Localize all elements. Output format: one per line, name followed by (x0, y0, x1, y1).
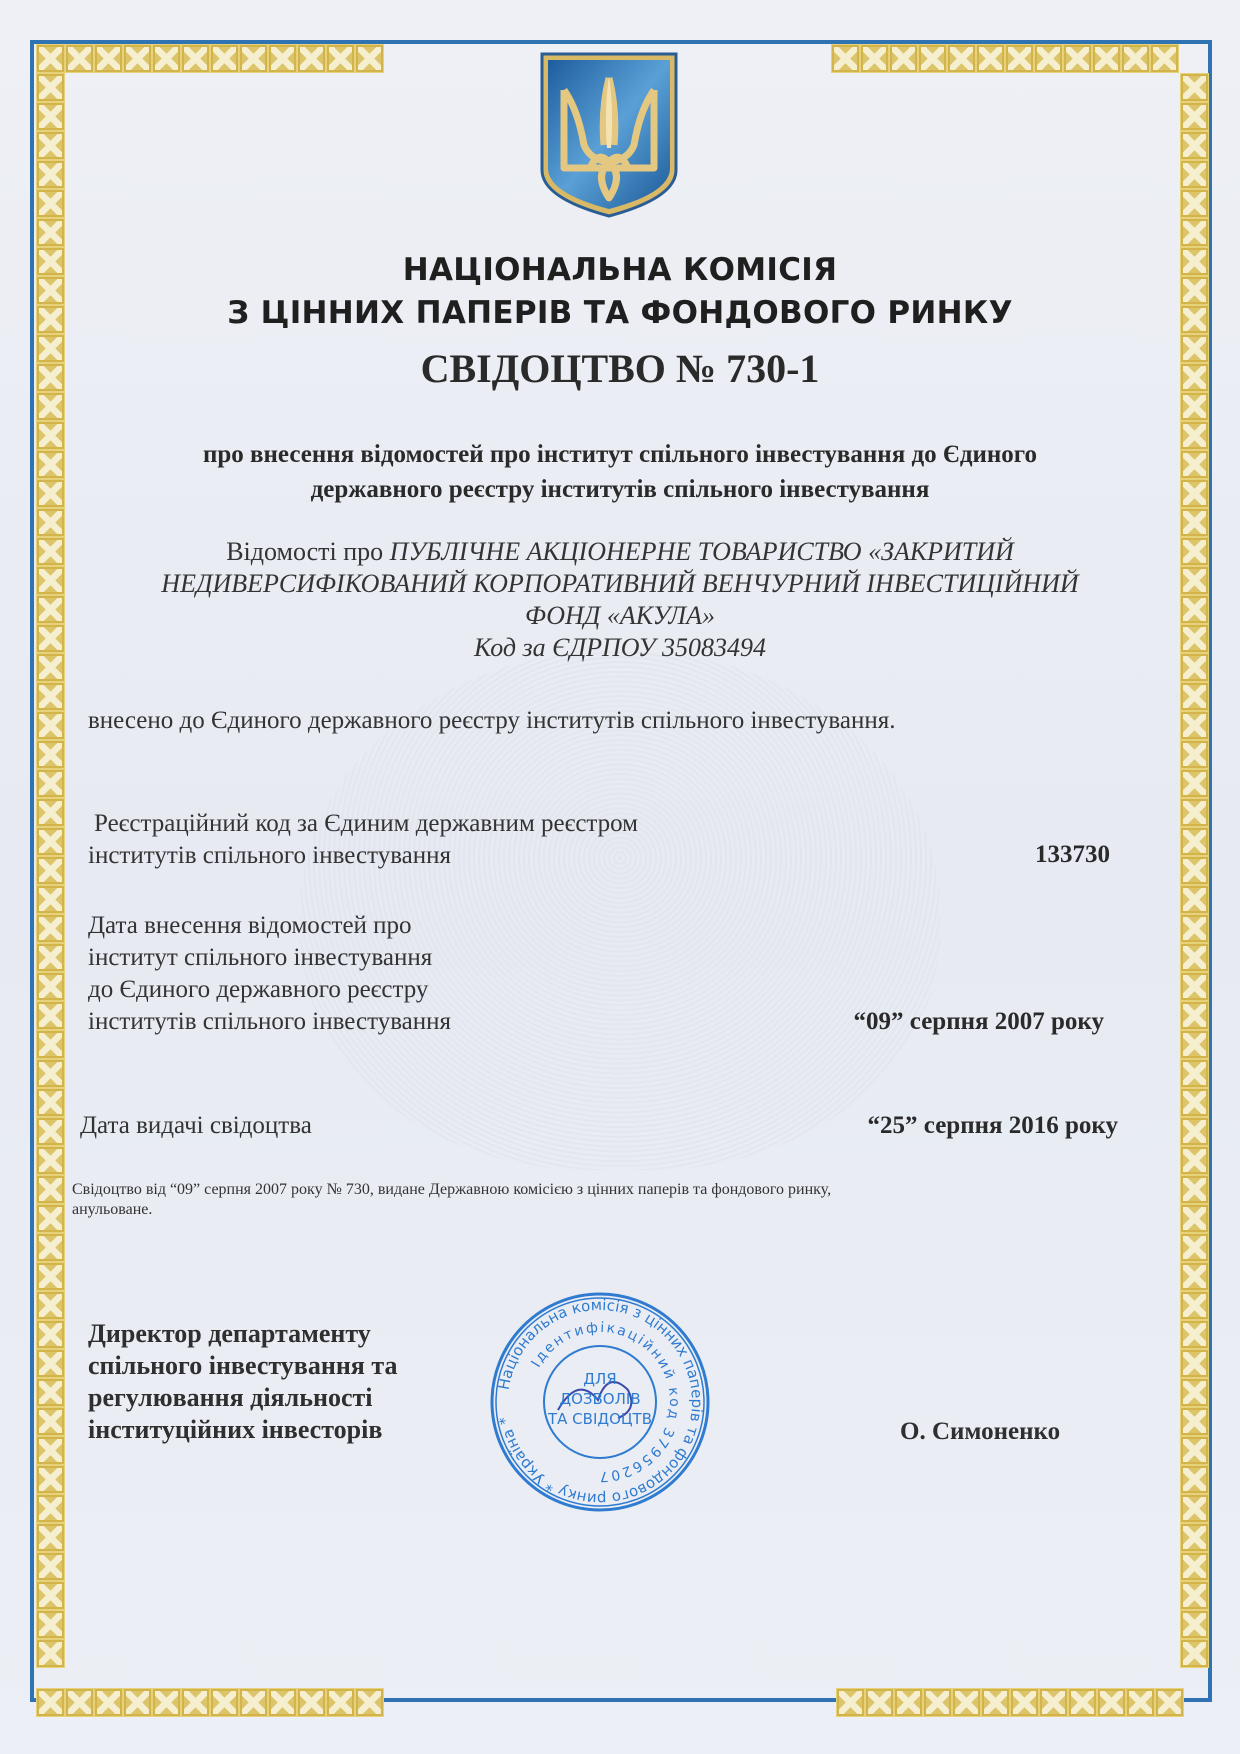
knot-ornament-icon (1156, 1689, 1183, 1716)
knot-ornament-icon (1181, 1031, 1208, 1058)
knot-ornament-icon (1181, 596, 1208, 623)
knot-ornament-icon (182, 45, 209, 72)
subtitle-line2: державного реєстру інститутів спільного … (100, 472, 1140, 507)
knot-ornament-icon (37, 625, 64, 652)
knot-ornament-icon (1035, 45, 1062, 72)
knot-ornament-icon (298, 1689, 325, 1716)
knot-ornament-icon (1181, 799, 1208, 826)
knot-ornament-icon (1181, 161, 1208, 188)
knot-ornament-icon (37, 828, 64, 855)
knot-ornament-icon (37, 451, 64, 478)
certificate-page: НАЦІОНАЛЬНА КОМІСІЯ З ЦІННИХ ПАПЕРІВ ТА … (0, 0, 1240, 1754)
knot-ornament-icon (1181, 973, 1208, 1000)
knot-ornament-icon (1181, 451, 1208, 478)
knot-ornament-icon (1064, 45, 1091, 72)
knot-ornament-icon (37, 538, 64, 565)
entry-date-label: Дата внесення відомостей про інститут сп… (88, 910, 451, 1038)
knot-ornament-icon (1181, 857, 1208, 884)
knot-ornament-icon (1181, 1408, 1208, 1435)
stamp-center-line1: ДЛЯ (488, 1370, 712, 1388)
knot-ornament-icon (240, 45, 267, 72)
knot-ornament-icon (37, 1321, 64, 1348)
knot-ornament-icon (1181, 509, 1208, 536)
knot-ornament-icon (1181, 1234, 1208, 1261)
knot-ornament-icon (37, 1292, 64, 1319)
knot-ornament-icon (861, 45, 888, 72)
knot-ornament-icon (1181, 712, 1208, 739)
knot-ornament-icon (1122, 45, 1149, 72)
knot-ornament-icon (37, 45, 64, 72)
knot-ornament-icon (1181, 1292, 1208, 1319)
knot-ornament-icon (1181, 1263, 1208, 1290)
knot-ornament-icon (1181, 1089, 1208, 1116)
knot-ornament-icon (1181, 1611, 1208, 1638)
knot-ornament-icon (1098, 1689, 1125, 1716)
knot-ornament-icon (1181, 886, 1208, 913)
knot-ornament-icon (37, 103, 64, 130)
knot-ornament-icon (890, 45, 917, 72)
issuer-name-line1: НАЦІОНАЛЬНА КОМІСІЯ (0, 252, 1240, 288)
knot-ornament-icon (356, 45, 383, 72)
knot-ornament-icon (37, 1089, 64, 1116)
knot-ornament-icon (1181, 190, 1208, 217)
knot-ornament-icon (982, 1689, 1009, 1716)
knot-ornament-icon (327, 45, 354, 72)
knot-ornament-icon (37, 1234, 64, 1261)
knot-ornament-icon (37, 1611, 64, 1638)
knot-ornament-icon (124, 1689, 151, 1716)
knot-ornament-icon (37, 973, 64, 1000)
knot-ornament-icon (37, 1176, 64, 1203)
knot-ornament-icon (37, 1408, 64, 1435)
knot-ornament-icon (1181, 915, 1208, 942)
issuer-name-line2: З ЦІННИХ ПАПЕРІВ ТА ФОНДОВОГО РИНКУ (0, 295, 1240, 331)
knot-ornament-icon (1181, 1379, 1208, 1406)
knot-ornament-icon (1181, 1350, 1208, 1377)
issue-date-label: Дата видачі свідоцтва (80, 1112, 312, 1140)
knot-ornament-icon (37, 1466, 64, 1493)
knot-ornament-icon (1181, 1524, 1208, 1551)
knot-ornament-icon (66, 1689, 93, 1716)
stamp-center-line2: ДОЗВОЛІВ (488, 1390, 712, 1408)
knot-ornament-icon (1181, 741, 1208, 768)
knot-ornament-icon (298, 45, 325, 72)
knot-ornament-icon (919, 45, 946, 72)
knot-ornament-icon (1181, 1118, 1208, 1145)
knot-ornament-icon (37, 567, 64, 594)
knot-ornament-icon (37, 596, 64, 623)
knot-ornament-icon (37, 1350, 64, 1377)
knot-ornament-icon (66, 45, 93, 72)
knot-ornament-icon (37, 1205, 64, 1232)
knot-ornament-icon (924, 1689, 951, 1716)
knot-ornament-icon (1181, 770, 1208, 797)
ornament-border-bottom-right (836, 1688, 1184, 1717)
knot-ornament-icon (1181, 422, 1208, 449)
entity-prefix: Відомості про (226, 537, 389, 566)
registration-code-value: 133730 (900, 841, 1110, 869)
knot-ornament-icon (37, 799, 64, 826)
knot-ornament-icon (1181, 567, 1208, 594)
knot-ornament-icon (948, 45, 975, 72)
knot-ornament-icon (37, 480, 64, 507)
knot-ornament-icon (1181, 1553, 1208, 1580)
knot-ornament-icon (124, 45, 151, 72)
entry-date-value: “09” серпня 2007 року (760, 1008, 1104, 1036)
knot-ornament-icon (1181, 219, 1208, 246)
knot-ornament-icon (37, 712, 64, 739)
knot-ornament-icon (1181, 1640, 1208, 1667)
knot-ornament-icon (37, 1495, 64, 1522)
knot-ornament-icon (37, 944, 64, 971)
knot-ornament-icon (37, 1640, 64, 1667)
knot-ornament-icon (1181, 1002, 1208, 1029)
knot-ornament-icon (837, 1689, 864, 1716)
knot-ornament-icon (1181, 1147, 1208, 1174)
knot-ornament-icon (37, 219, 64, 246)
official-stamp: Національна комісія з цінних паперів та … (488, 1290, 712, 1514)
knot-ornament-icon (182, 1689, 209, 1716)
knot-ornament-icon (1151, 45, 1178, 72)
knot-ornament-icon (37, 190, 64, 217)
knot-ornament-icon (95, 45, 122, 72)
knot-ornament-icon (327, 1689, 354, 1716)
stamp-center-line3: ТА СВІДОЦТВ (488, 1410, 712, 1428)
signatory-name: О. Симоненко (900, 1418, 1060, 1446)
knot-ornament-icon (37, 1002, 64, 1029)
annulment-note: Свідоцтво від “09” серпня 2007 року № 73… (72, 1180, 1152, 1220)
entity-info: Відомості про ПУБЛІЧНЕ АКЦІОНЕРНЕ ТОВАРИ… (80, 536, 1160, 664)
knot-ornament-icon (37, 683, 64, 710)
knot-ornament-icon (37, 857, 64, 884)
knot-ornament-icon (37, 741, 64, 768)
entity-name-line3: ФОНД «АКУЛА» (525, 601, 715, 630)
ornament-border-bottom-left (36, 1688, 384, 1717)
knot-ornament-icon (895, 1689, 922, 1716)
subtitle-line1: про внесення відомостей про інститут спі… (100, 437, 1140, 472)
trident-emblem-icon (538, 50, 680, 220)
entity-name-line2: НЕДИВЕРСИФІКОВАНИЙ КОРПОРАТИВНИЙ ВЕНЧУРН… (161, 569, 1078, 598)
knot-ornament-icon (269, 1689, 296, 1716)
knot-ornament-icon (1181, 1466, 1208, 1493)
entered-statement: внесено до Єдиного державного реєстру ін… (88, 707, 895, 735)
entity-name-line1: ПУБЛІЧНЕ АКЦІОНЕРНЕ ТОВАРИСТВО «ЗАКРИТИЙ (390, 537, 1014, 566)
knot-ornament-icon (37, 509, 64, 536)
knot-ornament-icon (37, 1031, 64, 1058)
knot-ornament-icon (211, 1689, 238, 1716)
knot-ornament-icon (1093, 45, 1120, 72)
knot-ornament-icon (37, 1553, 64, 1580)
knot-ornament-icon (1181, 1060, 1208, 1087)
knot-ornament-icon (1006, 45, 1033, 72)
knot-ornament-icon (1181, 1495, 1208, 1522)
knot-ornament-icon (1181, 103, 1208, 130)
knot-ornament-icon (1181, 1582, 1208, 1609)
knot-ornament-icon (832, 45, 859, 72)
knot-ornament-icon (37, 74, 64, 101)
knot-ornament-icon (37, 886, 64, 913)
knot-ornament-icon (37, 1263, 64, 1290)
knot-ornament-icon (37, 1060, 64, 1087)
knot-ornament-icon (1127, 1689, 1154, 1716)
knot-ornament-icon (269, 45, 296, 72)
knot-ornament-icon (37, 132, 64, 159)
knot-ornament-icon (153, 45, 180, 72)
knot-ornament-icon (1181, 1205, 1208, 1232)
knot-ornament-icon (1181, 625, 1208, 652)
registration-code-label: Реєстраційний код за Єдиним державним ре… (94, 808, 638, 872)
knot-ornament-icon (1181, 944, 1208, 971)
knot-ornament-icon (37, 1147, 64, 1174)
knot-ornament-icon (953, 1689, 980, 1716)
knot-ornament-icon (1181, 393, 1208, 420)
issue-date-value: “25” серпня 2016 року (760, 1112, 1118, 1140)
knot-ornament-icon (1181, 683, 1208, 710)
knot-ornament-icon (95, 1689, 122, 1716)
knot-ornament-icon (977, 45, 1004, 72)
ornament-border-top-right (831, 44, 1179, 73)
knot-ornament-icon (37, 1524, 64, 1551)
knot-ornament-icon (1181, 538, 1208, 565)
knot-ornament-icon (1181, 132, 1208, 159)
knot-ornament-icon (866, 1689, 893, 1716)
knot-ornament-icon (37, 1118, 64, 1145)
knot-ornament-icon (37, 915, 64, 942)
knot-ornament-icon (37, 1437, 64, 1464)
knot-ornament-icon (1181, 480, 1208, 507)
knot-ornament-icon (1181, 1321, 1208, 1348)
entity-edrpou-code: Код за ЄДРПОУ 35083494 (474, 633, 766, 662)
knot-ornament-icon (37, 654, 64, 681)
certificate-subtitle: про внесення відомостей про інститут спі… (100, 437, 1140, 507)
knot-ornament-icon (1069, 1689, 1096, 1716)
knot-ornament-icon (1181, 74, 1208, 101)
knot-ornament-icon (37, 1582, 64, 1609)
knot-ornament-icon (211, 45, 238, 72)
knot-ornament-icon (1181, 828, 1208, 855)
knot-ornament-icon (153, 1689, 180, 1716)
knot-ornament-icon (1181, 654, 1208, 681)
knot-ornament-icon (1181, 1437, 1208, 1464)
knot-ornament-icon (37, 770, 64, 797)
ornament-border-top-left (36, 44, 384, 73)
knot-ornament-icon (240, 1689, 267, 1716)
knot-ornament-icon (1181, 1176, 1208, 1203)
knot-ornament-icon (1040, 1689, 1067, 1716)
certificate-title: СВІДОЦТВО № 730-1 (0, 345, 1240, 392)
knot-ornament-icon (37, 1379, 64, 1406)
knot-ornament-icon (37, 422, 64, 449)
knot-ornament-icon (37, 1689, 64, 1716)
knot-ornament-icon (356, 1689, 383, 1716)
knot-ornament-icon (37, 393, 64, 420)
knot-ornament-icon (37, 161, 64, 188)
signatory-position: Директор департаменту спільного інвестув… (88, 1318, 397, 1446)
knot-ornament-icon (1011, 1689, 1038, 1716)
